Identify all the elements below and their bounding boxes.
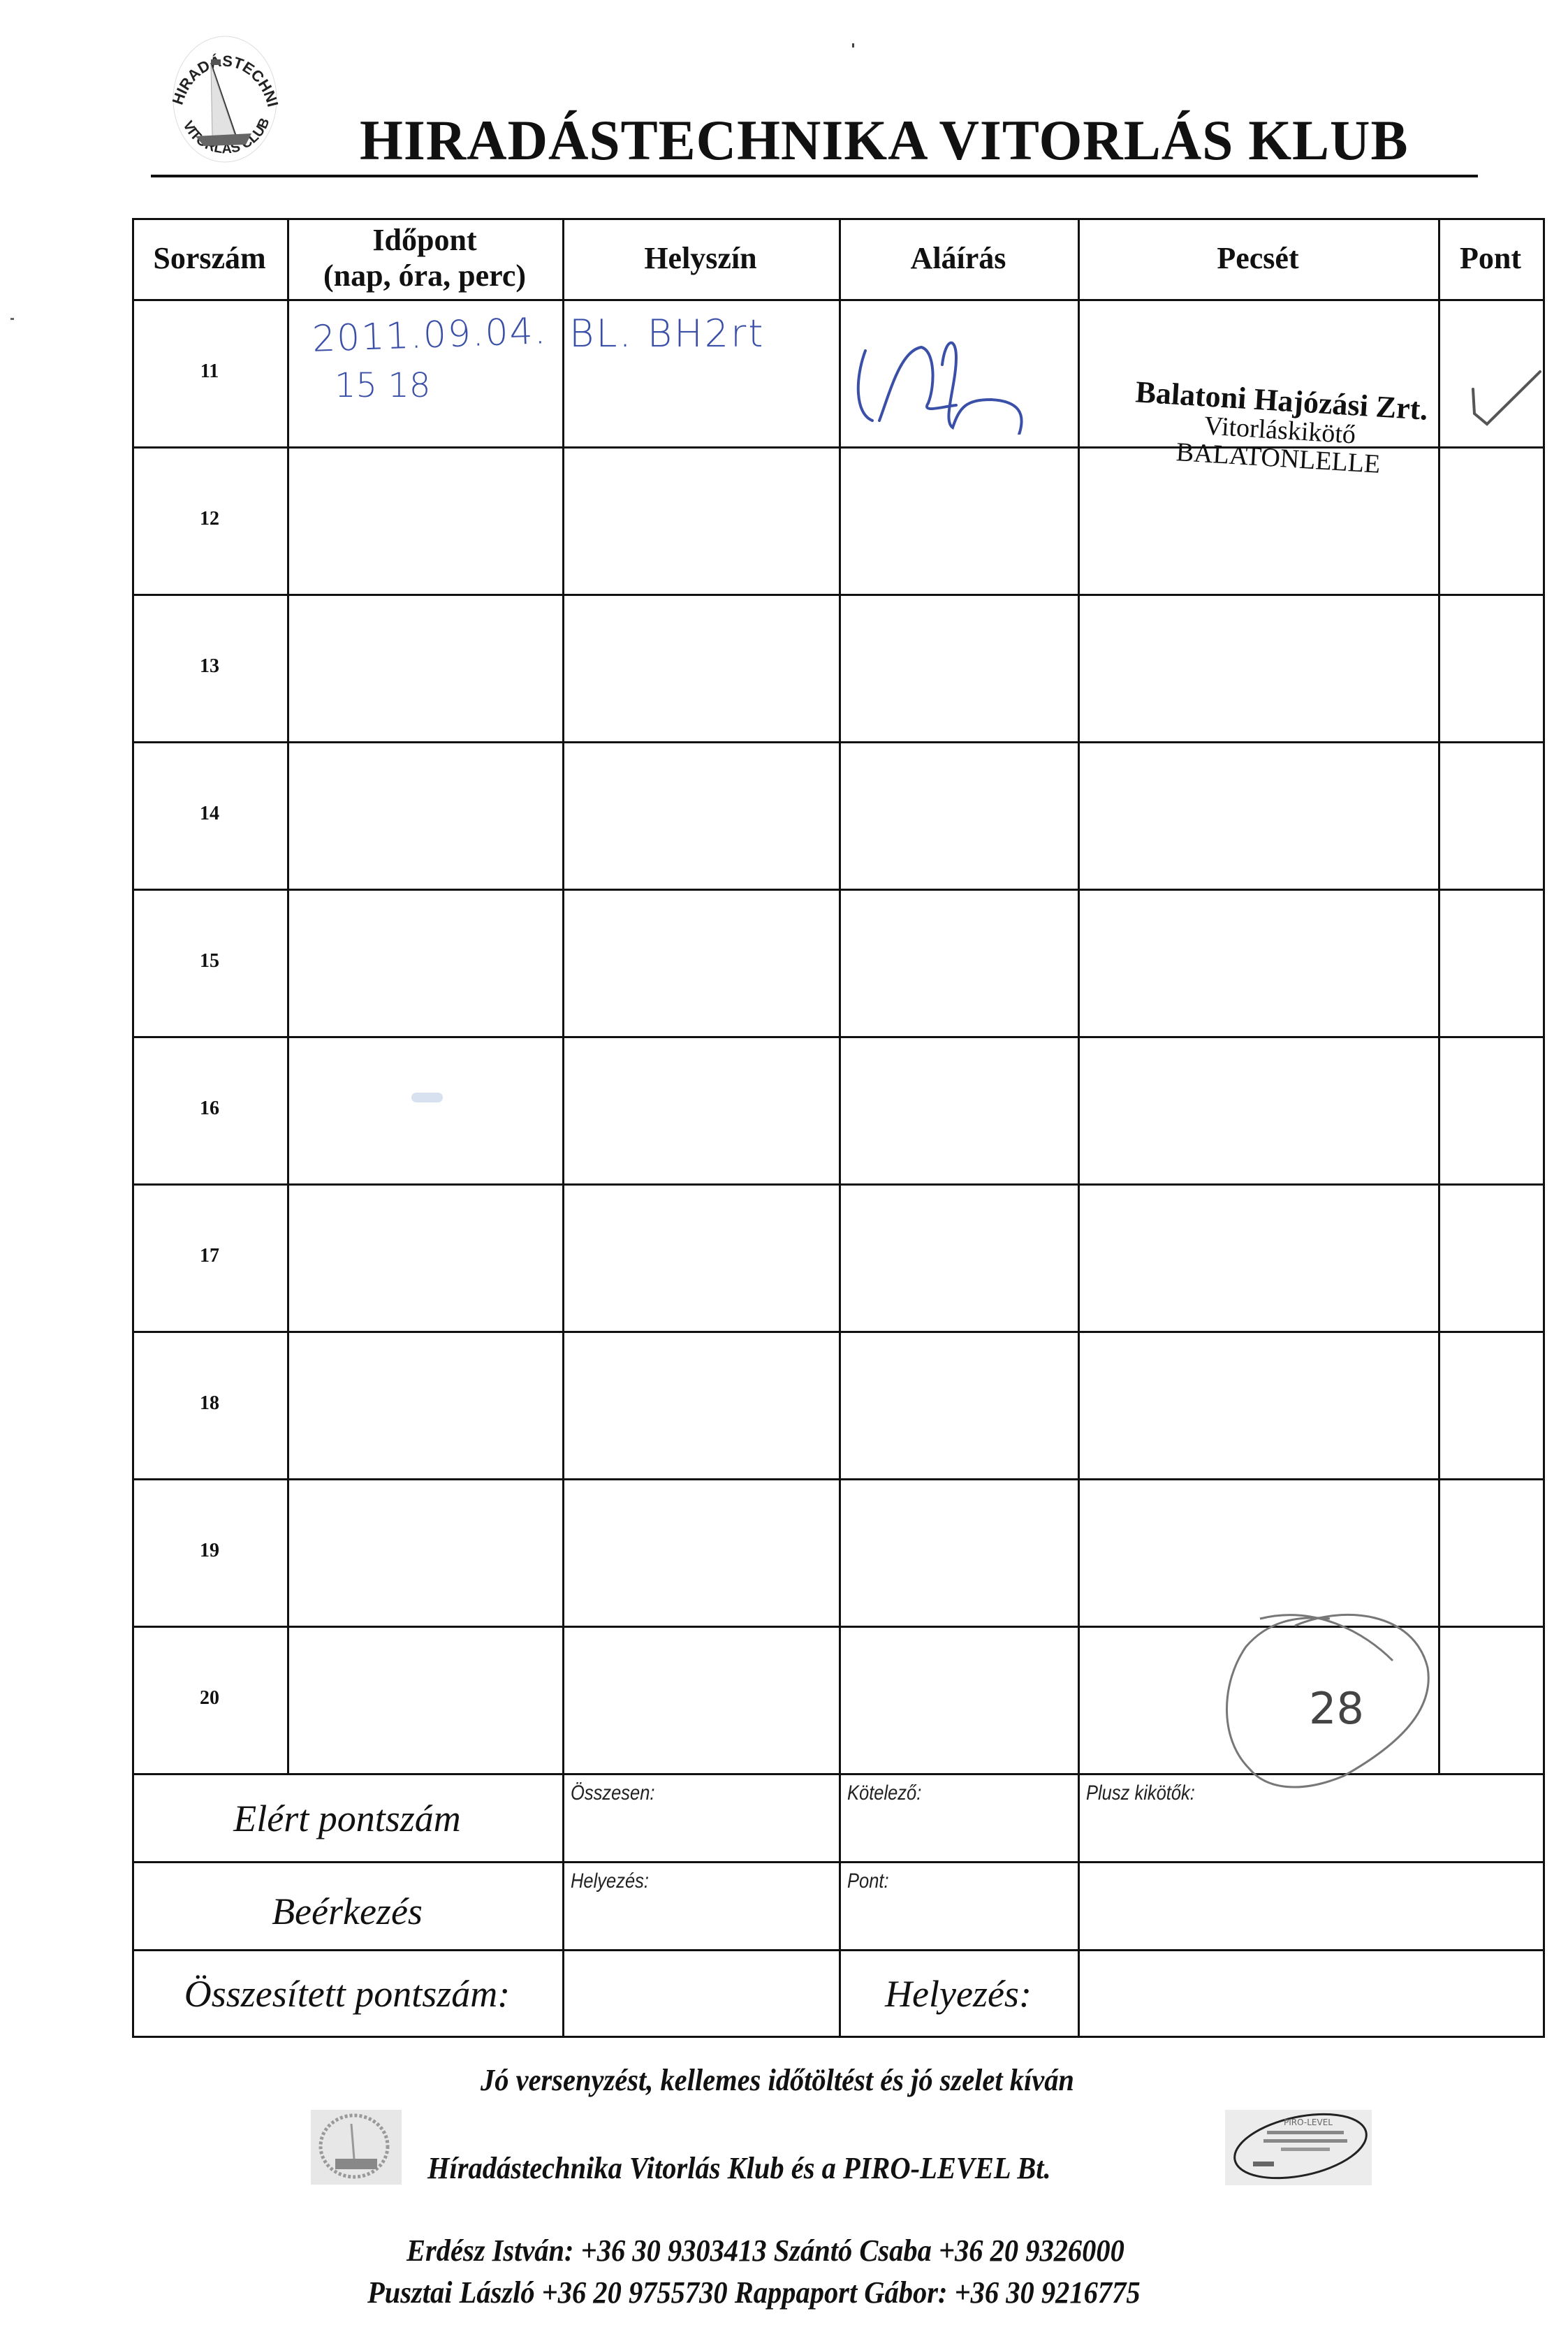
row-number: 13 bbox=[132, 655, 287, 678]
footer-contacts-line-1: Erdész István: +36 30 9303413 Szántó Csa… bbox=[406, 2233, 1124, 2268]
svg-text:PIRO-LEVEL: PIRO-LEVEL bbox=[1284, 2118, 1333, 2127]
column-header-idopont: Időpont (nap, óra, perc) bbox=[287, 218, 562, 299]
footer-contacts-line-2: Pusztai László +36 20 9755730 Rappaport … bbox=[367, 2275, 1141, 2310]
scan-speck bbox=[852, 43, 854, 48]
row-11-helyszin: BL. BH2rt bbox=[569, 312, 765, 356]
column-header-idopont-line1: Időpont bbox=[372, 223, 476, 258]
plusz-kikotok-field-label: Plusz kikötők: bbox=[1086, 1781, 1195, 1805]
sailboat-club-emblem-icon: HIRADÁSTECHNIKA VITORLÁS CLUB bbox=[168, 31, 283, 168]
grid-line bbox=[1078, 1773, 1080, 2038]
svg-text:HIRADÁSTECHNIKA: HIRADÁSTECHNIKA bbox=[168, 31, 281, 108]
column-header-pecset: Pecsét bbox=[1078, 218, 1438, 299]
elert-pontszam-label: Elért pontszám bbox=[132, 1774, 562, 1863]
grid-line bbox=[562, 1773, 564, 2038]
osszesitett-pontszam-label: Összesített pontszám: bbox=[132, 1951, 562, 2037]
row-number: 12 bbox=[132, 508, 287, 530]
kotelezo-field-label: Kötelező: bbox=[847, 1781, 921, 1805]
row-11-idopont-time: 15 18 bbox=[335, 366, 430, 405]
column-header-pont: Pont bbox=[1438, 218, 1543, 299]
row-number: 19 bbox=[132, 1540, 287, 1562]
row-11-pecset-stamp: Balatoni Hajózási Zrt. Vitorláskikötő BA… bbox=[1082, 373, 1478, 485]
osszesen-field-label: Összesen: bbox=[571, 1781, 654, 1805]
club-emblem-icon bbox=[311, 2110, 402, 2185]
grid-line bbox=[287, 218, 289, 1775]
footer-wish: Jó versenyzést, kellemes időtöltést és j… bbox=[481, 2062, 1074, 2098]
svg-text:28: 28 bbox=[1309, 1683, 1364, 1734]
column-header-alairas: Aláírás bbox=[839, 218, 1078, 299]
scan-speck bbox=[10, 318, 14, 320]
footer-organizers: Híradástechnika Vitorlás Klub és a PIRO-… bbox=[427, 2150, 1051, 2186]
row-number: 11 bbox=[132, 360, 287, 383]
row-11-idopont-date: 2011.09.04. bbox=[312, 310, 548, 360]
row-number: 15 bbox=[132, 950, 287, 972]
row-11-signature bbox=[851, 323, 1061, 435]
column-header-idopont-line2: (nap, óra, perc) bbox=[323, 258, 526, 294]
grid-line bbox=[1543, 1773, 1545, 2038]
column-header-sorszam: Sorszám bbox=[132, 218, 287, 299]
page-title: HIRADÁSTECHNIKA VITORLÁS KLUB bbox=[360, 112, 1408, 169]
footer-company-stamp: PIRO-LEVEL bbox=[1225, 2110, 1372, 2185]
footer-club-logo bbox=[311, 2110, 402, 2185]
grid-line bbox=[839, 218, 841, 1775]
helyezes-field-label: Helyezés: bbox=[571, 1870, 649, 1893]
ink-smudge bbox=[411, 1093, 443, 1102]
column-header-helyszin: Helyszín bbox=[562, 218, 839, 299]
beerkezes-label: Beérkezés bbox=[132, 1863, 562, 1951]
row-number: 20 bbox=[132, 1687, 287, 1710]
row-20-circled-note: 28 bbox=[1218, 1605, 1449, 1800]
grid-line bbox=[1078, 218, 1080, 1775]
grid-line bbox=[1543, 218, 1545, 1775]
grid-line bbox=[562, 218, 564, 1775]
pont-field-label: Pont: bbox=[847, 1870, 889, 1893]
title-underline bbox=[151, 175, 1478, 177]
row-number: 14 bbox=[132, 803, 287, 825]
row-11-pont-checkmark-icon bbox=[1459, 358, 1543, 435]
osszesitett-helyezes-label: Helyezés: bbox=[839, 1951, 1078, 2037]
row-number: 16 bbox=[132, 1098, 287, 1120]
company-stamp-icon: PIRO-LEVEL bbox=[1225, 2110, 1372, 2185]
club-logo: HIRADÁSTECHNIKA VITORLÁS CLUB bbox=[168, 31, 283, 168]
checkpoint-table: Sorszám Időpont (nap, óra, perc) Helyszí… bbox=[132, 218, 1543, 2037]
row-number: 18 bbox=[132, 1392, 287, 1415]
row-number: 17 bbox=[132, 1245, 287, 1267]
